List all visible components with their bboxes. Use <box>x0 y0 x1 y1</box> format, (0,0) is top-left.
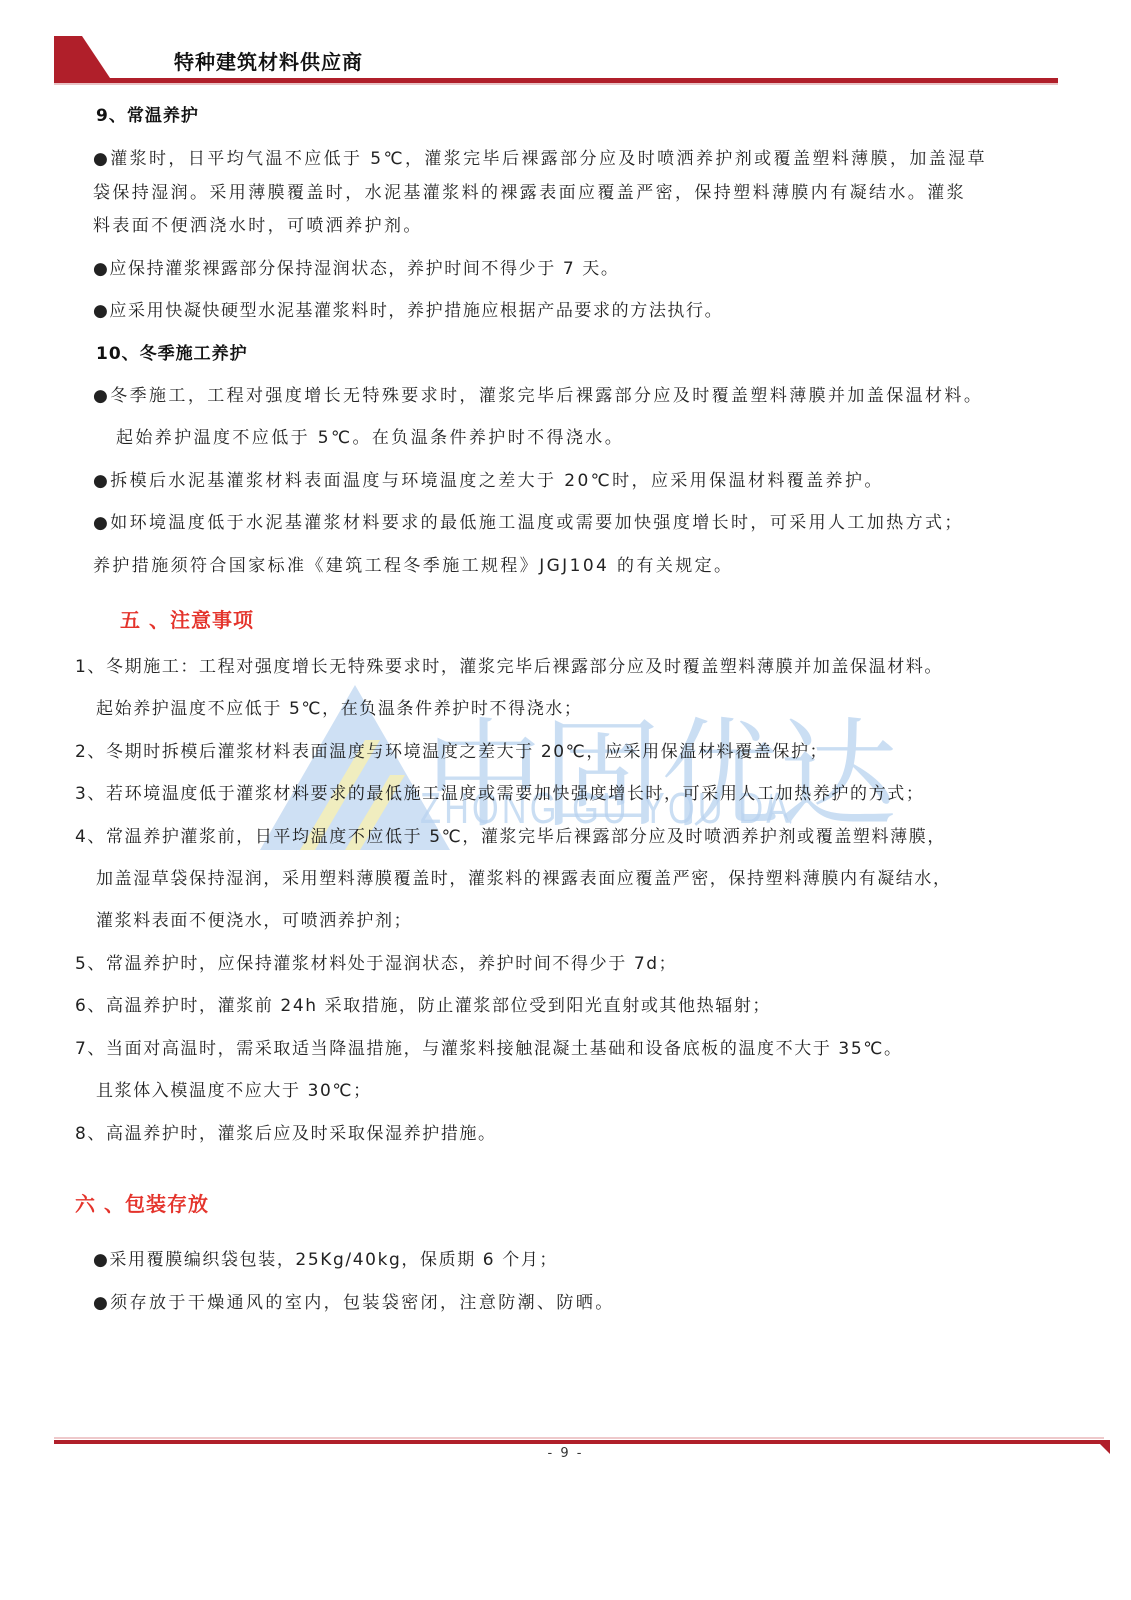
header-title: 特种建筑材料供应商 <box>174 46 363 75</box>
bullet-item: ●须存放于干燥通风的室内，包装袋密闭，注意防潮、防晒。 <box>93 1288 615 1313</box>
paragraph-line: 袋保持湿润。采用薄膜覆盖时，水泥基灌浆料的裸露表面应覆盖严密，保持塑料薄膜内有凝… <box>93 178 966 203</box>
paragraph-line: 料表面不便洒浇水时，可喷洒养护剂。 <box>93 211 423 236</box>
paragraph-line: ●灌浆时，日平均气温不应低于 5℃，灌浆完毕后裸露部分应及时喷洒养护剂或覆盖塑料… <box>93 144 987 169</box>
list-item-continuation: 且浆体入模温度不应大于 30℃； <box>96 1076 372 1101</box>
list-item: 3、若环境温度低于灌浆材料要求的最低施工温度或需要加快强度增长时，可采用人工加热… <box>75 779 924 804</box>
bullet-item: ●如环境温度低于水泥基灌浆材料要求的最低施工温度或需要加快强度增长时，可采用人工… <box>93 508 964 533</box>
page-number: - 9 - <box>0 1446 1131 1461</box>
bullet-item: ●应采用快凝快硬型水泥基灌浆料时，养护措施应根据产品要求的方法执行。 <box>93 296 723 321</box>
footer-divider-shadow <box>54 1437 1104 1439</box>
list-item: 1、冬期施工：工程对强度增长无特殊要求时，灌浆完毕后裸露部分应及时覆盖塑料薄膜并… <box>75 652 943 677</box>
list-item: 6、高温养护时，灌浆前 24h 采取措施，防止灌浆部位受到阳光直射或其他热辐射； <box>75 991 771 1016</box>
list-item-continuation: 起始养护温度不应低于 5℃，在负温条件养护时不得浇水； <box>96 694 583 719</box>
list-item-continuation: 灌浆料表面不便浇水，可喷洒养护剂； <box>96 906 412 931</box>
section-heading-packaging: 六 、包装存放 <box>75 1188 209 1217</box>
heading-winter-curing: 10、冬季施工养护 <box>96 339 248 364</box>
heading-normal-curing: 9、常温养护 <box>96 101 199 126</box>
list-item: 7、当面对高温时，需采取适当降温措施，与灌浆料接触混凝土基础和设备底板的温度不大… <box>75 1034 903 1059</box>
bullet-item: ●采用覆膜编织袋包装，25Kg/40kg，保质期 6 个月； <box>93 1245 558 1270</box>
list-item: 5、常温养护时，应保持灌浆材料处于湿润状态，养护时间不得少于 7d； <box>75 949 677 974</box>
header-divider-shadow <box>54 83 1058 85</box>
footer-divider <box>54 1440 1104 1444</box>
list-item-continuation: 加盖湿草袋保持湿润，采用塑料薄膜覆盖时，灌浆料的裸露表面应覆盖严密，保持塑料薄膜… <box>96 864 952 889</box>
paragraph-line: 养护措施须符合国家标准《建筑工程冬季施工规程》JGJ104 的有关规定。 <box>93 551 733 576</box>
bullet-item: ●冬季施工，工程对强度增长无特殊要求时，灌浆完毕后裸露部分应及时覆盖塑料薄膜并加… <box>93 381 983 406</box>
paragraph-line: 起始养护温度不应低于 5℃。在负温条件养护时不得浇水。 <box>116 423 624 448</box>
bullet-item: ●应保持灌浆裸露部分保持湿润状态，养护时间不得少于 7 天。 <box>93 254 619 279</box>
list-item: 4、常温养护灌浆前，日平均温度不应低于 5℃，灌浆完毕后裸露部分应及时喷洒养护剂… <box>75 822 946 847</box>
list-item: 2、冬期时拆模后灌浆材料表面温度与环境温度之差大于 20℃，应采用保温材料覆盖保… <box>75 737 828 762</box>
section-heading-notes: 五 、注意事项 <box>120 604 254 633</box>
bullet-item: ●拆模后水泥基灌浆材料表面温度与环境温度之差大于 20℃时，应采用保温材料覆盖养… <box>93 466 884 491</box>
header-red-tab-icon <box>54 36 110 82</box>
list-item: 8、高温养护时，灌浆后应及时采取保湿养护措施。 <box>75 1119 497 1144</box>
